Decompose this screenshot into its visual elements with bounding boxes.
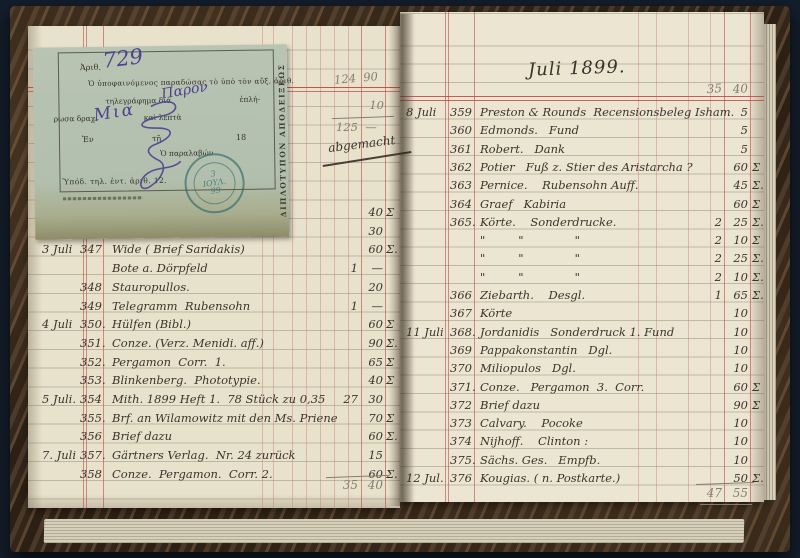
ledger-book-cover: 124 90 10 125 — abgemacht 40Σ303 Juli347…	[10, 6, 790, 552]
row-description: Blinkenberg. Phototypie.	[112, 373, 261, 387]
ledger-row: 5 Juli.354Mith. 1899 Heft 1. 78 Stück zu…	[28, 392, 400, 411]
ledger-row: 7. Juli357.Gärtners Verlag. Nr. 24 zurüc…	[28, 448, 400, 467]
ledger-row: 355.Brf. an Wilamowitz mit den Ms. Prien…	[28, 411, 400, 430]
row-amount-drachma: 2	[698, 233, 722, 247]
row-amount-lepta: 45	[726, 178, 748, 192]
row-description: Stauropullos.	[112, 280, 190, 294]
row-amount-lepta: 90	[362, 336, 383, 350]
row-amount-lepta: 10	[726, 270, 748, 284]
row-amount-lepta: 40	[362, 373, 383, 387]
row-currency-mark: Σ.	[752, 251, 768, 265]
row-number: 362	[450, 160, 478, 174]
ledger-row: 366Ziebarth. Desgl.165Σ.	[400, 288, 764, 307]
row-description: Ziebarth. Desgl.	[480, 288, 585, 302]
row-description: Brief dazu	[112, 429, 172, 443]
row-number: 348	[80, 280, 106, 294]
row-amount-lepta: 10	[726, 434, 748, 448]
signature-flourish	[121, 98, 192, 204]
row-description: Körte. Sonderdrucke.	[480, 215, 616, 229]
row-description: Edmonds. Fund	[480, 123, 579, 137]
ledger-row: 361Robert. Dank5	[400, 142, 764, 161]
ledger-row: 8 Juli359Preston & Rounds Recensionsbele…	[400, 105, 764, 124]
ledger-row: 362Potier Fuß z. Stier des Aristarcha ?6…	[400, 160, 764, 179]
slip-number-label: Ἀριθ.	[80, 63, 101, 72]
row-number: 364	[450, 197, 478, 211]
row-date: 7. Juli	[42, 448, 84, 462]
row-currency-mark: Σ.	[752, 215, 768, 229]
row-description: Jordanidis Sonderdruck 1. Fund	[480, 325, 674, 339]
ledger-row: 370Miliopulos Dgl.10	[400, 361, 764, 380]
slip-line3-pre: ρωσα δραχ.	[54, 114, 98, 124]
row-currency-mark: Σ	[752, 380, 768, 394]
row-amount-drachma: 2	[698, 215, 722, 229]
row-currency-mark: Σ	[752, 160, 768, 174]
row-amount-lepta: 10	[726, 343, 748, 357]
row-number: 365.	[450, 215, 478, 229]
row-amount-lepta: 5	[726, 105, 748, 119]
ledger-row: 360Edmonds. Fund5	[400, 123, 764, 142]
row-amount-lepta: 10	[726, 453, 748, 467]
row-amount-lepta: 5	[726, 123, 748, 137]
row-amount-lepta: 30	[362, 392, 383, 406]
row-description: Brf. an Wilamowitz mit den Ms. Priene	[112, 411, 338, 425]
ledger-right-page: Juli 1899. 35 40 8 Juli359Preston & Roun…	[400, 12, 764, 502]
row-description: Miliopulos Dgl.	[480, 361, 576, 375]
ledger-row: 3 Juli347Wide ( Brief Saridakis)60Σ.	[28, 242, 400, 261]
row-amount-drachma: 1	[328, 299, 358, 313]
row-amount-lepta: —	[362, 261, 383, 275]
row-description: Pernice. Rubensohn Auff.	[480, 178, 639, 192]
row-number: 360	[450, 123, 478, 137]
photo-background: 124 90 10 125 — abgemacht 40Σ303 Juli347…	[0, 0, 800, 558]
row-description: Calvary. Pocoke	[480, 416, 583, 430]
slip-number-handwritten: 729	[102, 44, 145, 73]
row-number: 354	[80, 392, 106, 406]
row-currency-mark: Σ.	[752, 288, 768, 302]
row-date: 4 Juli	[42, 317, 84, 331]
row-description: Graef Kabiria	[480, 197, 566, 211]
ledger-row: 351.Conze. (Verz. Menidi. aff.)90Σ.	[28, 336, 400, 355]
total-lepta: 40	[362, 478, 383, 492]
row-amount-lepta: 25	[726, 215, 748, 229]
row-number: 350.	[80, 317, 106, 331]
slip-line4-en: Ἐν	[82, 135, 94, 144]
total-underline	[700, 504, 752, 505]
ledger-row: " " "210Σ	[400, 233, 764, 252]
row-amount-drachma: 2	[698, 251, 722, 265]
total-lepta: 55	[726, 486, 748, 500]
row-number: 375.	[450, 453, 478, 467]
row-description: Potier Fuß z. Stier des Aristarcha ?	[480, 160, 693, 174]
row-number: 349	[80, 299, 106, 313]
row-amount-lepta: 25	[726, 251, 748, 265]
carry-drachma: 35	[698, 81, 723, 97]
row-description: Robert. Dank	[480, 142, 565, 156]
row-amount-drachma: 1	[328, 261, 358, 275]
row-description: Bote a. Dörpfeld	[112, 261, 208, 275]
row-number: 351.	[80, 336, 106, 350]
row-amount-drachma: 27	[328, 392, 358, 406]
row-currency-mark: Σ	[752, 233, 768, 247]
row-description: " " "	[480, 251, 580, 265]
row-description: Telegramm Rubensohn	[112, 299, 250, 313]
row-amount-lepta: 15	[362, 448, 383, 462]
row-currency-mark: Σ.	[752, 270, 768, 284]
row-amount-lepta: 20	[362, 280, 383, 294]
ledger-row: 373Calvary. Pocoke10	[400, 416, 764, 435]
ledger-row: 352.Pergamon Corr. 1.65Σ	[28, 355, 400, 374]
ledger-row: 349Telegramm Rubensohn1—	[28, 299, 400, 318]
telegram-receipt-slip: Ἀριθ. 729 Ὁ ὑποφαινόμενος παραδώσας τὸ ὑ…	[33, 44, 290, 240]
stamp-date: 3 ΙΟΥΛ. 99	[191, 159, 239, 207]
row-currency-mark: Σ.	[752, 178, 768, 192]
row-amount-lepta: 60	[726, 380, 748, 394]
stamp-year: 99	[210, 187, 221, 197]
ledger-row: 353.Blinkenberg. Phototypie.40Σ	[28, 373, 400, 392]
carry-lepta: 40	[726, 81, 749, 97]
page-block-bottom-edge	[44, 519, 745, 543]
row-amount-drachma: 2	[698, 270, 722, 284]
ledger-row: 363Pernice. Rubensohn Auff.45Σ.	[400, 178, 764, 197]
ledger-row: 375.Sächs. Ges. Empfb.10	[400, 453, 764, 472]
row-date: 8 Juli	[406, 105, 450, 119]
row-amount-lepta: 30	[362, 224, 383, 238]
row-amount-drachma: 1	[698, 288, 722, 302]
row-number: 371.	[450, 380, 478, 394]
right-page-total: 47 55	[400, 486, 764, 505]
ledger-row: 374Nijhoff. Clinton :10	[400, 434, 764, 453]
row-amount-lepta: 10	[726, 306, 748, 320]
row-number: 374	[450, 434, 478, 448]
row-number: 347	[80, 242, 106, 256]
row-number: 357.	[80, 448, 106, 462]
row-amount-lepta: 65	[362, 355, 383, 369]
row-date: 5 Juli.	[42, 392, 84, 406]
ledger-row: 371.Conze. Pergamon 3. Corr.60Σ	[400, 380, 764, 399]
ledger-row: 4 Juli350.Hülfen (Bibl.)60Σ	[28, 317, 400, 336]
row-number: 370	[450, 361, 478, 375]
row-description: Körte	[480, 306, 512, 320]
ledger-row: 367Körte10	[400, 306, 764, 325]
slip-line2-post: ἐπλή-	[239, 95, 260, 104]
row-date: 12 Jul.	[406, 471, 450, 485]
row-description: Pappakonstantin Dgl.	[480, 343, 612, 357]
ledger-row: 348Stauropullos.20	[28, 280, 400, 299]
row-number: 369	[450, 343, 478, 357]
slip-line4-year: 18	[236, 133, 246, 142]
ledger-row: 369Pappakonstantin Dgl.10	[400, 343, 764, 362]
left-page-total: 35 40	[28, 478, 400, 497]
row-description: " " "	[480, 270, 580, 284]
row-amount-lepta: 60	[726, 160, 748, 174]
total-drachma: 35	[328, 478, 358, 492]
row-amount-lepta: —	[362, 299, 383, 313]
row-description: Wide ( Brief Saridakis)	[112, 242, 245, 256]
row-amount-lepta: 40	[362, 205, 383, 219]
row-amount-lepta: 60	[362, 242, 383, 256]
row-number: 363	[450, 178, 478, 192]
row-number: 361	[450, 142, 478, 156]
row-description: Kougias. ( n. Postkarte.)	[480, 471, 620, 485]
ledger-row: 372Brief dazu90Σ	[400, 398, 764, 417]
row-currency-mark: Σ	[752, 197, 768, 211]
row-number: 376	[450, 471, 478, 485]
row-number: 356	[80, 429, 106, 443]
row-description: Nijhoff. Clinton :	[480, 434, 588, 448]
ledger-left-page: 124 90 10 125 — abgemacht 40Σ303 Juli347…	[28, 26, 400, 508]
total-drachma: 47	[698, 486, 722, 500]
row-amount-lepta: 10	[726, 416, 748, 430]
row-number: 366	[450, 288, 478, 302]
row-currency-mark: Σ.	[752, 471, 768, 485]
row-number: 373	[450, 416, 478, 430]
row-amount-lepta: 65	[726, 288, 748, 302]
row-description: " " "	[480, 233, 580, 247]
ledger-row: Bote a. Dörpfeld1—	[28, 261, 400, 280]
row-number: 355.	[80, 411, 106, 425]
row-amount-lepta: 10	[726, 325, 748, 339]
row-amount-lepta: 10	[726, 233, 748, 247]
row-amount-lepta: 60	[726, 197, 748, 211]
row-description: Preston & Rounds Recensionsbeleg Isham.	[480, 105, 734, 119]
row-description: Sächs. Ges. Empfb.	[480, 453, 600, 467]
ledger-row: 365.Körte. Sonderdrucke.225Σ.	[400, 215, 764, 234]
row-description: Pergamon Corr. 1.	[112, 355, 226, 369]
row-description: Conze. Pergamon 3. Corr.	[480, 380, 644, 394]
row-amount-lepta: 60	[362, 317, 383, 331]
row-number: 359	[450, 105, 478, 119]
carryover-amount: 35 40	[400, 82, 764, 101]
row-number: 372	[450, 398, 478, 412]
row-date: 11 Juli	[406, 325, 450, 339]
row-amount-lepta: 90	[726, 398, 748, 412]
row-number: 353.	[80, 373, 106, 387]
row-amount-lepta: 10	[726, 361, 748, 375]
row-amount-lepta: 70	[362, 411, 383, 425]
row-number: 368.	[450, 325, 478, 339]
row-description: Gärtners Verlag. Nr. 24 zurück	[112, 448, 296, 462]
ledger-row: " " "210Σ.	[400, 270, 764, 289]
ledger-row: 364Graef Kabiria60Σ	[400, 197, 764, 216]
row-description: Hülfen (Bibl.)	[112, 317, 191, 331]
row-description: Brief dazu	[480, 398, 540, 412]
row-description: Conze. (Verz. Menidi. aff.)	[112, 336, 264, 350]
ledger-row: 356Brief dazu60Σ.	[28, 429, 400, 448]
ledger-row: " " "225Σ.	[400, 251, 764, 270]
row-amount-lepta: 5	[726, 142, 748, 156]
row-currency-mark: Σ	[752, 398, 768, 412]
row-number: 352.	[80, 355, 106, 369]
row-description: Mith. 1899 Heft 1. 78 Stück zu 0,35	[112, 392, 325, 406]
row-date: 3 Juli	[42, 242, 84, 256]
ledger-row: 11 Juli368.Jordanidis Sonderdruck 1. Fun…	[400, 325, 764, 344]
row-amount-lepta: 60	[362, 429, 383, 443]
row-number: 367	[450, 306, 478, 320]
